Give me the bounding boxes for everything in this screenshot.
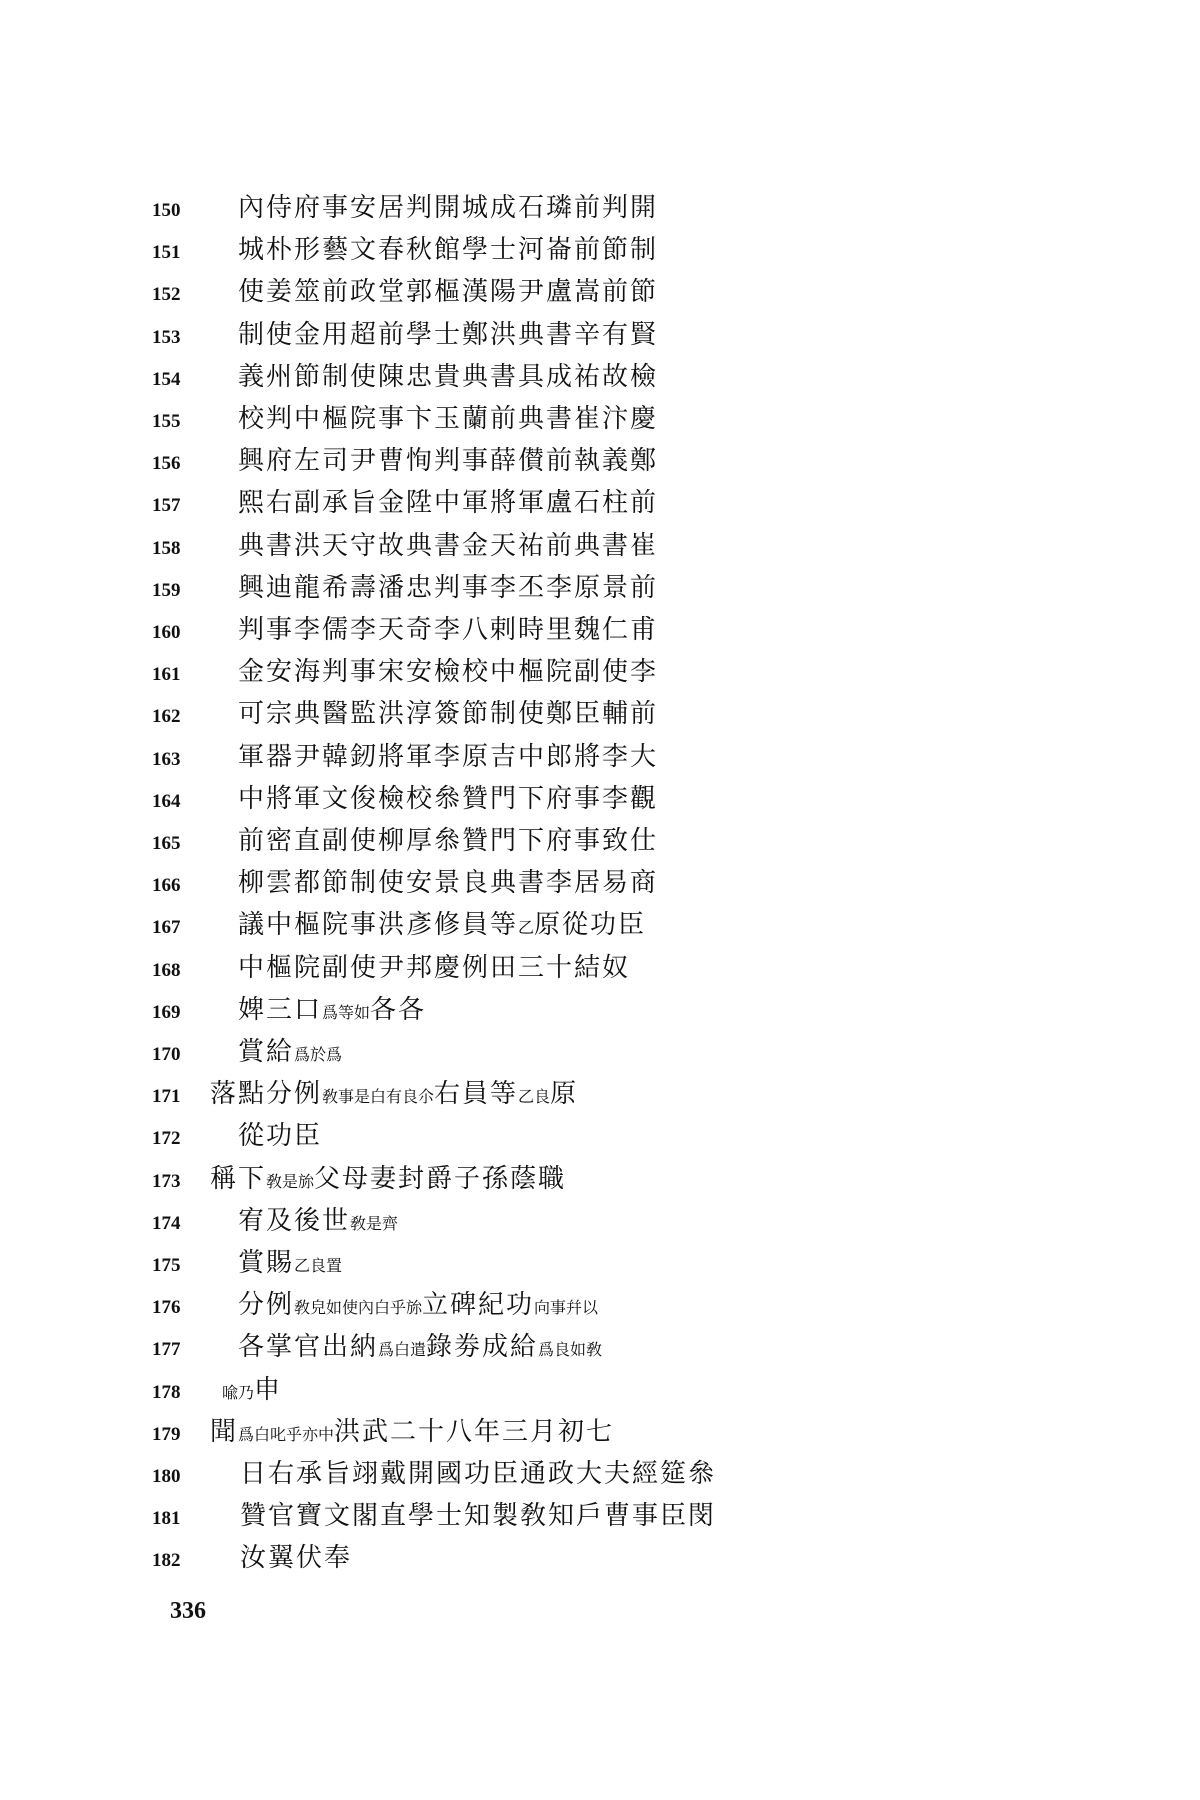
text-line: 165前密直副使柳厚叅贊門下府事致仕 — [0, 825, 900, 867]
page-number: 336 — [170, 1598, 206, 1625]
line-number: 158 — [152, 538, 181, 560]
main-text: 父母妻封爵子孫蔭職 — [314, 1164, 566, 1194]
line-number: 177 — [152, 1339, 181, 1361]
line-number: 180 — [152, 1466, 181, 1488]
idu-annotation: 敎皃如使內白乎旀 — [294, 1298, 422, 1317]
main-text: 中樞院副使尹邦慶例田三十結奴 — [238, 953, 630, 983]
main-text: 議中樞院事洪彥修員等 — [238, 910, 518, 940]
text-line: 176分例敎皃如使內白乎旀立碑紀功向事幷以 — [0, 1289, 900, 1331]
text-line: 162可宗典醫監洪淳簽節制使鄭臣輔前 — [0, 698, 900, 740]
line-number: 182 — [152, 1550, 181, 1572]
line-number: 157 — [152, 495, 181, 517]
line-number: 179 — [152, 1424, 181, 1446]
main-text: 義州節制使陳忠貴典書具成祐故檢 — [238, 362, 658, 392]
text-line: 159興迪龍希壽潘忠判事李丕李原景前 — [0, 572, 900, 614]
line-text: 前密直副使柳厚叅贊門下府事致仕 — [238, 825, 658, 857]
idu-annotation: 敎是齊 — [350, 1214, 398, 1233]
idu-annotation: 爲等如 — [322, 1003, 370, 1022]
line-text: 中樞院副使尹邦慶例田三十結奴 — [238, 952, 630, 984]
main-text: 金安海判事宋安檢校中樞院副使李 — [238, 657, 658, 687]
line-text: 日右承旨翊戴開國功臣通政大夫經筵叅 — [240, 1458, 716, 1490]
line-text: 稱下敎是旀父母妻封爵子孫蔭職 — [210, 1163, 566, 1198]
line-number: 160 — [152, 622, 181, 644]
line-number: 169 — [152, 1002, 181, 1024]
line-text: 落點分例敎事是白有良尒右員等乙良原 — [210, 1078, 578, 1113]
main-text: 分例 — [238, 1290, 294, 1320]
line-number: 154 — [152, 369, 181, 391]
main-text: 校判中樞院事卞玉蘭前典書崔汴慶 — [238, 404, 658, 434]
idu-annotation: 爲良如敎 — [538, 1340, 602, 1359]
main-text: 贊官寶文閣直學士知製敎知戶曹事臣閔 — [240, 1501, 716, 1531]
idu-annotation: 敎是旀 — [266, 1172, 314, 1191]
text-line: 179聞爲白叱乎亦中洪武二十八年三月初七 — [0, 1416, 900, 1458]
line-text: 贊官寶文閣直學士知製敎知戶曹事臣閔 — [240, 1500, 716, 1532]
line-number: 159 — [152, 580, 181, 602]
line-text: 各掌官出納爲白遣錄劵成給爲良如敎 — [238, 1331, 602, 1366]
line-number: 151 — [152, 242, 181, 264]
line-number: 161 — [152, 664, 181, 686]
line-number: 162 — [152, 706, 181, 728]
main-text: 各各 — [370, 995, 426, 1025]
text-line: 160判事李儒李天奇李八剌時里魏仁甫 — [0, 614, 900, 656]
line-text: 城朴形藝文春秋館學士河崙前節制 — [238, 234, 658, 266]
main-text: 汝翼伏奉 — [240, 1543, 352, 1573]
line-number: 178 — [152, 1382, 181, 1404]
line-number: 163 — [152, 749, 181, 771]
line-text: 判事李儒李天奇李八剌時里魏仁甫 — [238, 614, 658, 646]
line-number: 174 — [152, 1213, 181, 1235]
line-text: 議中樞院事洪彥修員等乙原從功臣 — [238, 909, 646, 944]
main-text: 興迪龍希壽潘忠判事李丕李原景前 — [238, 573, 658, 603]
text-line: 155校判中樞院事卞玉蘭前典書崔汴慶 — [0, 403, 900, 445]
main-text: 稱下 — [210, 1164, 266, 1194]
text-line: 180日右承旨翊戴開國功臣通政大夫經筵叅 — [0, 1458, 900, 1500]
text-line: 157熙右副承旨金陞中軍將軍盧石柱前 — [0, 487, 900, 529]
idu-annotation: 乙良置 — [294, 1256, 342, 1275]
line-text: 喩乃申 — [222, 1374, 282, 1409]
main-text: 右員等 — [434, 1079, 518, 1109]
text-line: 169婢三口爲等如各各 — [0, 994, 900, 1036]
line-text: 宥及後世敎是齊 — [238, 1205, 398, 1240]
line-text: 制使金用超前學士鄭洪典書辛有賢 — [238, 319, 658, 351]
main-text: 原從功臣 — [534, 910, 646, 940]
text-line: 166柳雲都節制使安景良典書李居易商 — [0, 867, 900, 909]
text-line: 153制使金用超前學士鄭洪典書辛有賢 — [0, 319, 900, 361]
line-text: 校判中樞院事卞玉蘭前典書崔汴慶 — [238, 403, 658, 435]
line-number: 166 — [152, 875, 181, 897]
line-text: 從功臣 — [238, 1120, 322, 1152]
main-text: 宥及後世 — [238, 1206, 350, 1236]
main-text: 軍器尹韓釰將軍李原吉中郎將李大 — [238, 742, 658, 772]
line-number: 155 — [152, 411, 181, 433]
main-text: 興府左司尹曹恂判事薛儧前執義鄭 — [238, 446, 658, 476]
main-text: 洪武二十八年三月初七 — [334, 1417, 614, 1447]
text-line: 154義州節制使陳忠貴典書具成祐故檢 — [0, 361, 900, 403]
text-line: 151城朴形藝文春秋館學士河崙前節制 — [0, 234, 900, 276]
text-line: 178喩乃申 — [0, 1374, 900, 1416]
main-text: 申 — [254, 1375, 282, 1405]
line-text: 興迪龍希壽潘忠判事李丕李原景前 — [238, 572, 658, 604]
line-text: 賞給爲於爲 — [238, 1036, 342, 1071]
line-text: 義州節制使陳忠貴典書具成祐故檢 — [238, 361, 658, 393]
line-number: 172 — [152, 1128, 181, 1150]
text-line: 150內侍府事安居判開城成石璘前判開 — [0, 192, 900, 234]
line-number: 173 — [152, 1171, 181, 1193]
main-text: 柳雲都節制使安景良典書李居易商 — [238, 868, 658, 898]
main-text: 從功臣 — [238, 1121, 322, 1151]
line-number: 164 — [152, 791, 181, 813]
line-number: 175 — [152, 1255, 181, 1277]
text-line: 172從功臣 — [0, 1120, 900, 1162]
idu-annotation: 敎事是白有良尒 — [322, 1087, 434, 1106]
main-text: 賞賜 — [238, 1248, 294, 1278]
main-text: 典書洪天守故典書金天祐前典書崔 — [238, 531, 658, 561]
text-line: 161金安海判事宋安檢校中樞院副使李 — [0, 656, 900, 698]
line-text: 分例敎皃如使內白乎旀立碑紀功向事幷以 — [238, 1289, 598, 1324]
text-line: 152使姜筮前政堂郭樞漢陽尹盧嵩前節 — [0, 276, 900, 318]
text-line: 171落點分例敎事是白有良尒右員等乙良原 — [0, 1078, 900, 1120]
line-number: 152 — [152, 284, 181, 306]
main-text: 原 — [550, 1079, 578, 1109]
line-text: 可宗典醫監洪淳簽節制使鄭臣輔前 — [238, 698, 658, 730]
line-text: 中將軍文俊檢校叅贊門下府事李觀 — [238, 783, 658, 815]
main-text: 立碑紀功 — [422, 1290, 534, 1320]
text-line: 168中樞院副使尹邦慶例田三十結奴 — [0, 952, 900, 994]
line-number: 176 — [152, 1297, 181, 1319]
line-number: 156 — [152, 453, 181, 475]
line-text: 婢三口爲等如各各 — [238, 994, 426, 1029]
line-text: 聞爲白叱乎亦中洪武二十八年三月初七 — [210, 1416, 614, 1451]
main-text: 判事李儒李天奇李八剌時里魏仁甫 — [238, 615, 658, 645]
line-number: 150 — [152, 200, 181, 222]
line-text: 典書洪天守故典書金天祐前典書崔 — [238, 530, 658, 562]
line-text: 汝翼伏奉 — [240, 1542, 352, 1574]
idu-annotation: 喩乃 — [222, 1383, 254, 1402]
main-text: 可宗典醫監洪淳簽節制使鄭臣輔前 — [238, 699, 658, 729]
main-text: 各掌官出納 — [238, 1332, 378, 1362]
text-line: 177各掌官出納爲白遣錄劵成給爲良如敎 — [0, 1331, 900, 1373]
line-number: 171 — [152, 1086, 181, 1108]
text-line: 167議中樞院事洪彥修員等乙原從功臣 — [0, 909, 900, 951]
line-text: 興府左司尹曹恂判事薛儧前執義鄭 — [238, 445, 658, 477]
document-page: 150內侍府事安居判開城成石璘前判開151城朴形藝文春秋館學士河崙前節制152使… — [0, 0, 1200, 1800]
main-text: 錄劵成給 — [426, 1332, 538, 1362]
idu-annotation: 乙 — [518, 918, 534, 937]
main-text: 城朴形藝文春秋館學士河崙前節制 — [238, 235, 658, 265]
main-text: 日右承旨翊戴開國功臣通政大夫經筵叅 — [240, 1459, 716, 1489]
idu-annotation: 爲白叱乎亦中 — [238, 1425, 334, 1444]
text-line: 173稱下敎是旀父母妻封爵子孫蔭職 — [0, 1163, 900, 1205]
line-number: 181 — [152, 1508, 181, 1530]
main-text: 賞給 — [238, 1037, 294, 1067]
main-text: 中將軍文俊檢校叅贊門下府事李觀 — [238, 784, 658, 814]
line-number: 153 — [152, 327, 181, 349]
main-text: 內侍府事安居判開城成石璘前判開 — [238, 193, 658, 223]
line-number: 167 — [152, 917, 181, 939]
text-line: 174宥及後世敎是齊 — [0, 1205, 900, 1247]
line-text: 賞賜乙良置 — [238, 1247, 342, 1282]
line-text: 柳雲都節制使安景良典書李居易商 — [238, 867, 658, 899]
main-text: 熙右副承旨金陞中軍將軍盧石柱前 — [238, 488, 658, 518]
line-number: 165 — [152, 833, 181, 855]
line-text: 金安海判事宋安檢校中樞院副使李 — [238, 656, 658, 688]
line-text: 軍器尹韓釰將軍李原吉中郎將李大 — [238, 741, 658, 773]
idu-annotation: 向事幷以 — [534, 1298, 598, 1317]
idu-annotation: 爲白遣 — [378, 1340, 426, 1359]
line-number: 168 — [152, 960, 181, 982]
main-text: 落點分例 — [210, 1079, 322, 1109]
text-line: 156興府左司尹曹恂判事薛儧前執義鄭 — [0, 445, 900, 487]
main-text: 聞 — [210, 1417, 238, 1447]
text-line: 158典書洪天守故典書金天祐前典書崔 — [0, 530, 900, 572]
text-line: 175賞賜乙良置 — [0, 1247, 900, 1289]
line-text: 使姜筮前政堂郭樞漢陽尹盧嵩前節 — [238, 276, 658, 308]
line-text: 熙右副承旨金陞中軍將軍盧石柱前 — [238, 487, 658, 519]
idu-annotation: 爲於爲 — [294, 1045, 342, 1064]
main-text: 制使金用超前學士鄭洪典書辛有賢 — [238, 320, 658, 350]
main-text: 婢三口 — [238, 995, 322, 1025]
text-line: 170賞給爲於爲 — [0, 1036, 900, 1078]
text-line: 181贊官寶文閣直學士知製敎知戶曹事臣閔 — [0, 1500, 900, 1542]
main-text: 前密直副使柳厚叅贊門下府事致仕 — [238, 826, 658, 856]
text-line: 164中將軍文俊檢校叅贊門下府事李觀 — [0, 783, 900, 825]
text-line: 163軍器尹韓釰將軍李原吉中郎將李大 — [0, 741, 900, 783]
line-text: 內侍府事安居判開城成石璘前判開 — [238, 192, 658, 224]
idu-annotation: 乙良 — [518, 1087, 550, 1106]
main-text: 使姜筮前政堂郭樞漢陽尹盧嵩前節 — [238, 277, 658, 307]
line-number: 170 — [152, 1044, 181, 1066]
text-line: 182汝翼伏奉 — [0, 1542, 900, 1584]
